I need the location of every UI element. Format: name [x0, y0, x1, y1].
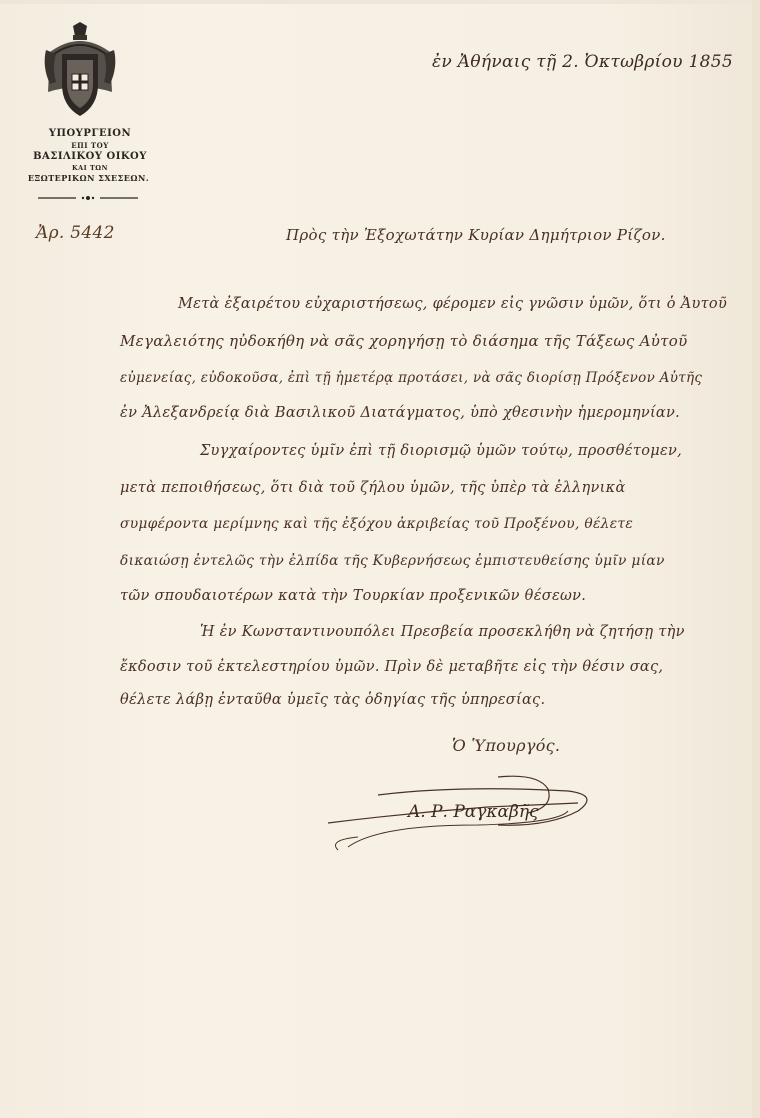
letter-date: ἐν Ἀθήναις τῇ 2. Ὀκτωβρίου 1855	[432, 52, 733, 72]
body-line: τῶν σπουδαιοτέρων κατὰ τὴν Τουρκίαν προξ…	[120, 588, 586, 604]
paper-top-edge	[0, 0, 760, 4]
body-line: Μεγαλειότης ηὐδοκήθη νὰ σᾶς χορηγήσῃ τὸ …	[120, 332, 688, 350]
body-line: δικαιώσῃ ἐντελῶς τὴν ἐλπίδα τῆς Κυβερνήσ…	[120, 553, 665, 569]
body-line: Συγχαίροντες ὑμῖν ἐπὶ τῇ διορισμῷ ὑμῶν τ…	[200, 443, 682, 459]
body-line: θέλετε λάβῃ ἐνταῦθα ὑμεῖς τὰς ὁδηγίας τῆ…	[120, 692, 545, 708]
body-line: μετὰ πεποιθήσεως, ὅτι διὰ τοῦ ζήλου ὑμῶν…	[120, 480, 626, 496]
signatory-title: Ὁ Ὑπουργός.	[452, 736, 560, 755]
coat-of-arms-icon	[40, 22, 120, 127]
signature-flourish-icon: Α. Ρ. Ραγκαβῆς	[318, 755, 608, 855]
addressee-line: Πρὸς τὴν Ἐξοχωτάτην Κυρίαν Δημήτριον Ρίζ…	[286, 226, 666, 244]
letterhead-line-4: ΚΑΙ ΤΩΝ	[10, 164, 170, 172]
reference-number: Ἀρ. 5442	[36, 223, 115, 243]
letterhead-line-3: ΒΑΣΙΛΙΚΟΥ ΟΙΚΟΥ	[10, 151, 170, 162]
paper-right-edge	[752, 0, 760, 1118]
body-line: συμφέροντα μερίμνης καὶ τῆς ἐξόχου ἀκριβ…	[120, 516, 633, 532]
letterhead-line-5: ΕΞΩΤΕΡΙΚΩΝ ΣΧΕΣΕΩΝ.	[6, 173, 171, 183]
letterhead-line-1: ΥΠΟΥΡΓΕΙΟΝ	[10, 128, 170, 139]
ornament-divider-icon	[38, 195, 138, 201]
signature-text: Α. Ρ. Ραγκαβῆς	[406, 802, 539, 822]
body-line: ἔκδοσιν τοῦ ἐκτελεστηρίου ὑμῶν. Πρὶν δὲ …	[120, 659, 663, 675]
body-line: Μετὰ ἐξαιρέτου εὐχαριστήσεως, φέρομεν εἰ…	[178, 296, 727, 312]
body-line: ἐν Ἀλεξανδρείᾳ διὰ Βασιλικοῦ Διατάγματος…	[120, 405, 680, 421]
letterhead-line-2: ΕΠΙ ΤΟΥ	[10, 141, 170, 150]
body-line: εὐμενείας, εὐδοκοῦσα, ἐπὶ τῇ ἡμετέρᾳ προ…	[120, 370, 702, 386]
body-line: Ἡ ἐν Κωνσταντινουπόλει Πρεσβεία προσεκλή…	[200, 624, 685, 640]
